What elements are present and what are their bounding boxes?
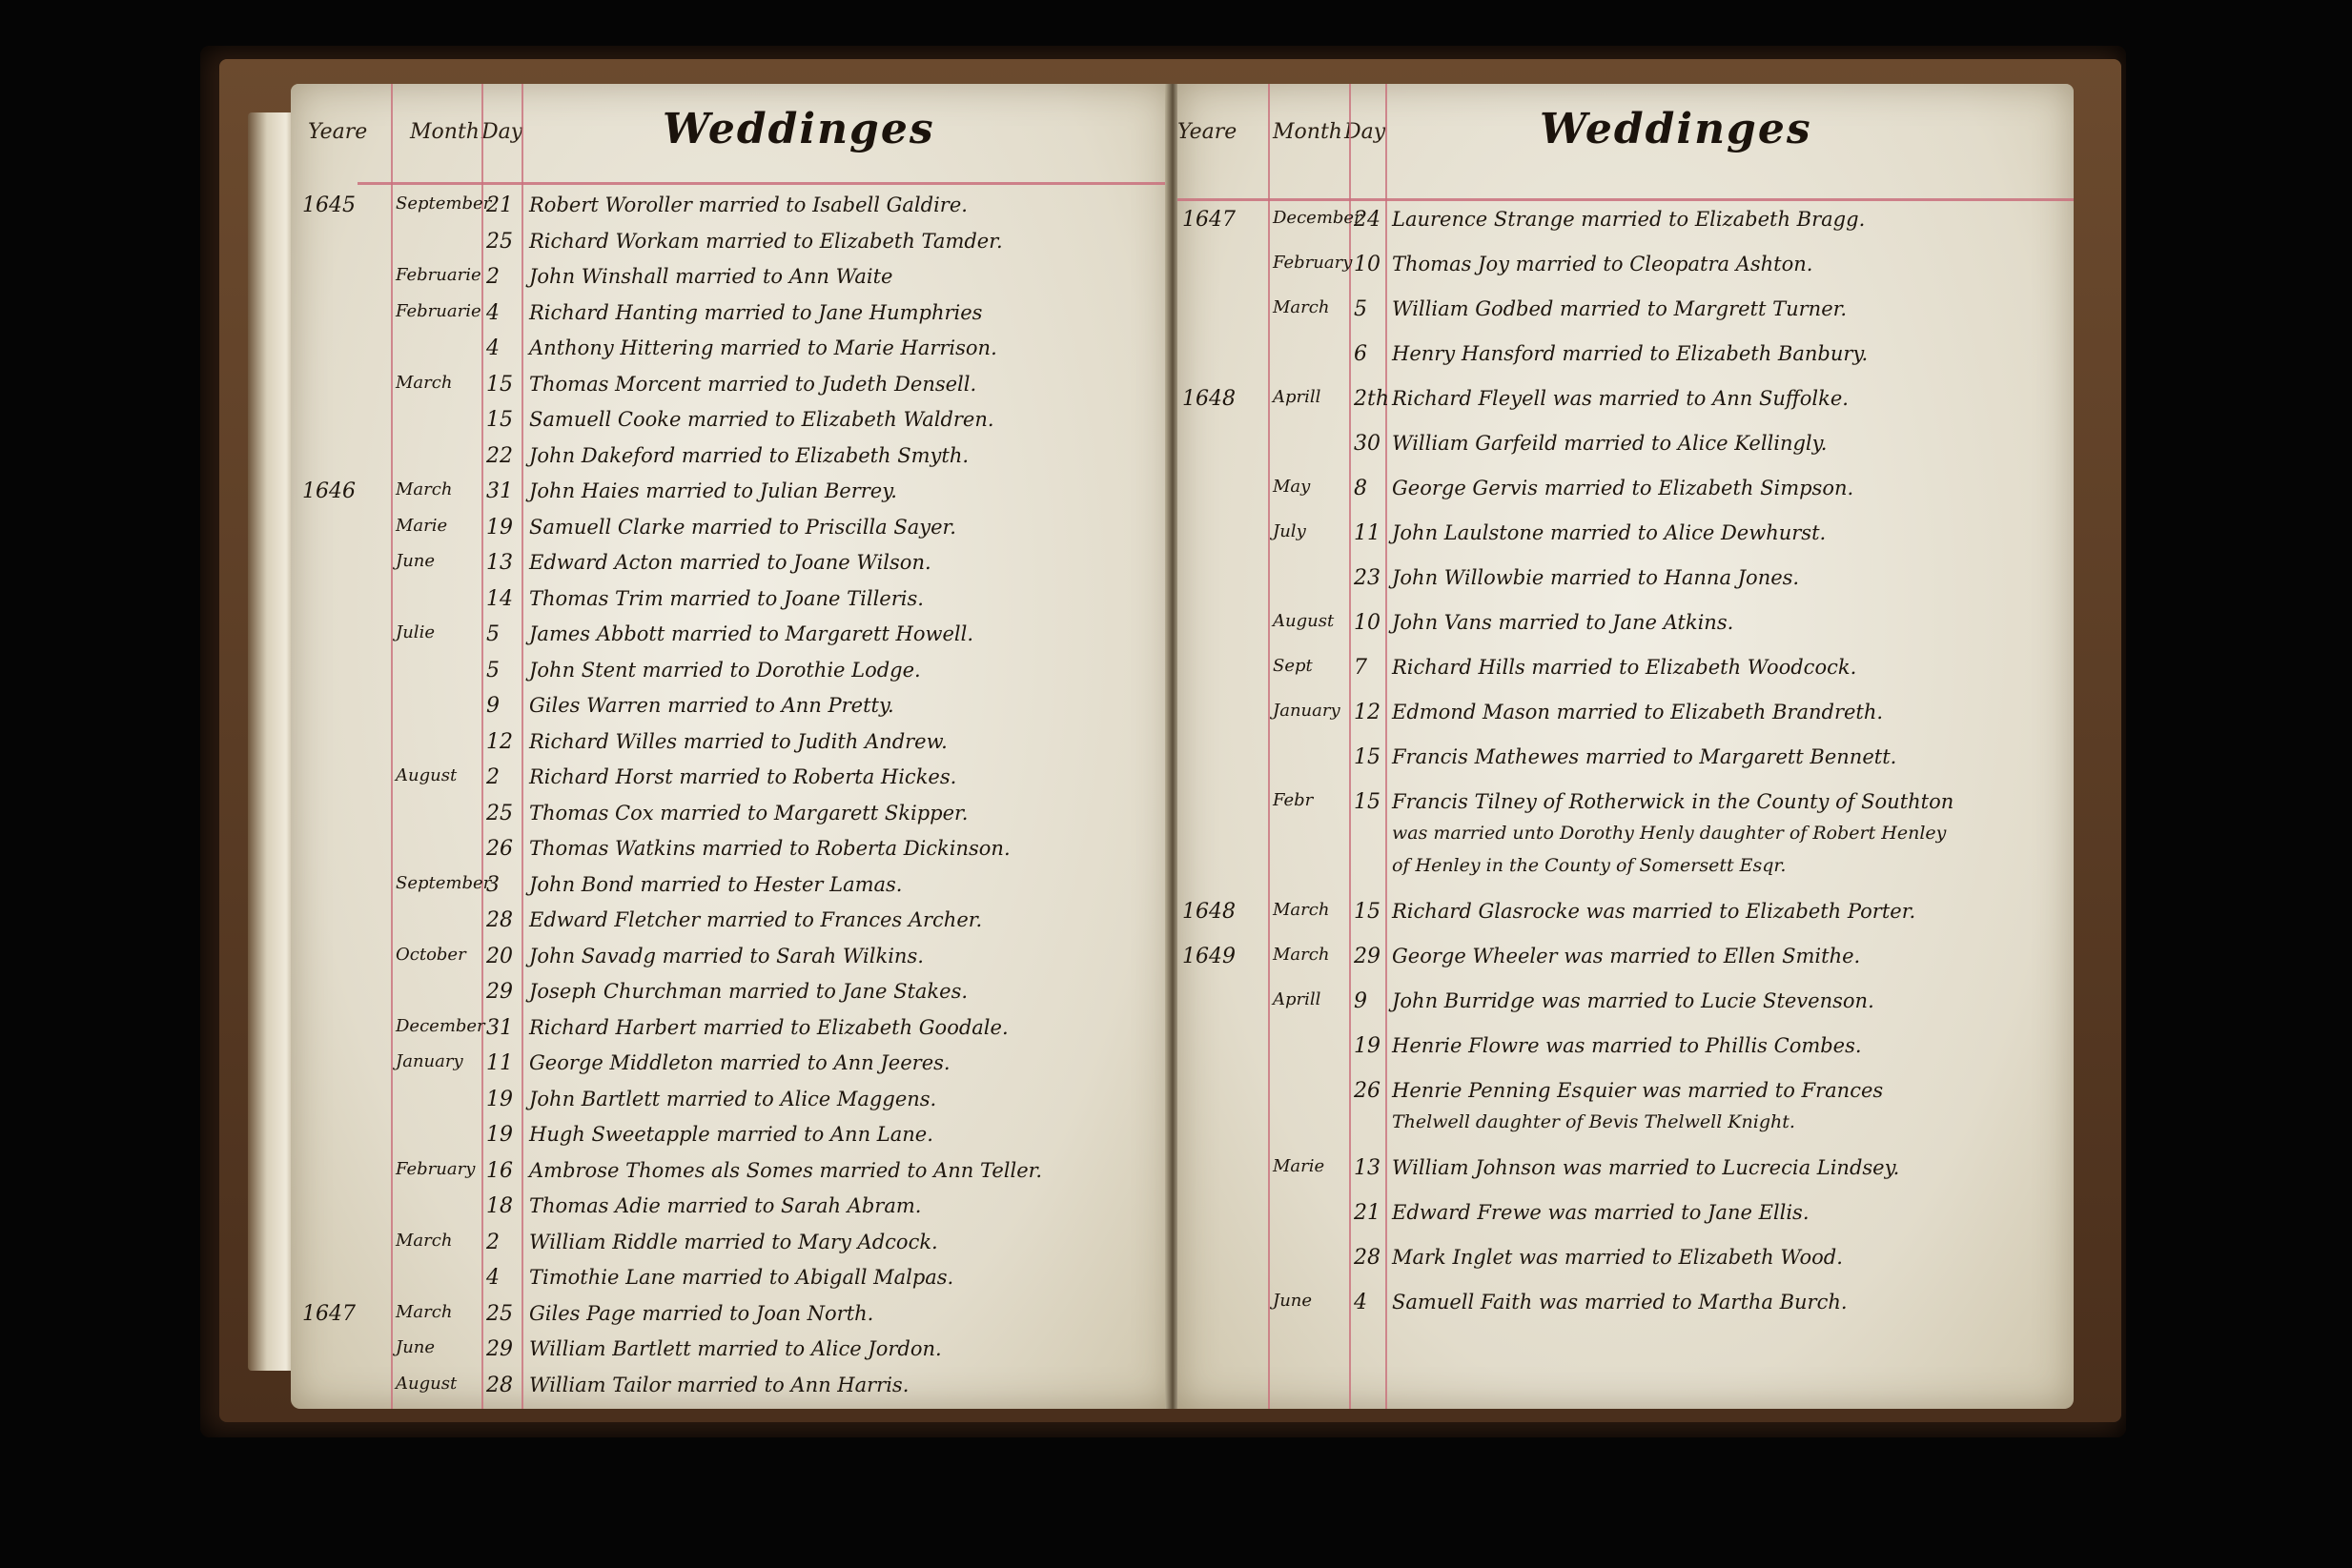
entry-day: 9 (486, 694, 500, 718)
entry-row: 12Richard Willes married to Judith Andre… (291, 730, 1173, 768)
entry-row: December31Richard Harbert married to Eli… (291, 1016, 1173, 1054)
entry-text: Timothie Lane married to Abigall Malpas. (529, 1266, 953, 1289)
entry-row: 4Timothie Lane married to Abigall Malpas… (291, 1266, 1173, 1304)
entry-day: 21 (1354, 1201, 1381, 1225)
entry-row: 25Thomas Cox married to Margarett Skippe… (291, 802, 1173, 840)
entry-text: Thomas Morcent married to Judeth Densell… (529, 373, 976, 396)
entry-text: Thomas Cox married to Margarett Skipper. (529, 802, 968, 825)
entry-month: Julie (396, 622, 435, 642)
header-rule (1177, 198, 2074, 201)
entry-month: June (1273, 1291, 1312, 1311)
entry-month: May (1273, 477, 1310, 497)
entry-month: February (396, 1159, 475, 1179)
entry-row: 22John Dakeford married to Elizabeth Smy… (291, 444, 1173, 482)
page-title: Weddinges (663, 105, 935, 153)
entry-day: 4 (486, 336, 500, 360)
entry-row: July11John Laulstone married to Alice De… (1177, 521, 2074, 560)
entry-row: 6Henry Hansford married to Elizabeth Ban… (1177, 342, 2074, 380)
entry-text: George Middleton married to Ann Jeeres. (529, 1051, 951, 1074)
entry-text: John Bond married to Hester Lamas. (529, 873, 902, 896)
entry-row: September3John Bond married to Hester La… (291, 873, 1173, 911)
entry-text: John Haies married to Julian Berrey. (529, 479, 897, 502)
entry-month: Sept (1273, 656, 1313, 676)
entry-text: William Godbed married to Margrett Turne… (1392, 297, 1847, 320)
entry-row: March5William Godbed married to Margrett… (1177, 297, 2074, 336)
entry-day: 11 (486, 1051, 513, 1075)
entry-day: 25 (486, 230, 513, 254)
entry-row: 4Anthony Hittering married to Marie Harr… (291, 336, 1173, 375)
entry-text: Richard Willes married to Judith Andrew. (529, 730, 948, 753)
entry-day: 4 (486, 1266, 500, 1290)
entry-day: 6 (1354, 342, 1367, 366)
entry-text-continued: Thelwell daughter of Bevis Thelwell Knig… (1392, 1111, 1795, 1132)
entry-row: 26Thomas Watkins married to Roberta Dick… (291, 837, 1173, 875)
entry-year: 1648 (1182, 900, 1236, 924)
entry-row: 19Henrie Flowre was married to Phillis C… (1177, 1034, 2074, 1072)
entry-row: 25Richard Workam married to Elizabeth Ta… (291, 230, 1173, 268)
entry-text: Samuell Cooke married to Elizabeth Waldr… (529, 408, 994, 431)
entry-month: Februarie (396, 265, 481, 285)
entry-text: Richard Glasrocke was married to Elizabe… (1392, 900, 1915, 923)
entry-row: January12Edmond Mason married to Elizabe… (1177, 701, 2074, 739)
entry-text: William Tailor married to Ann Harris. (529, 1374, 909, 1396)
entry-row: 1647December24Laurence Strange married t… (1177, 208, 2074, 246)
entry-text: Edmond Mason married to Elizabeth Brandr… (1392, 701, 1883, 723)
entry-text: John Winshall married to Ann Waite (529, 265, 892, 288)
entry-row: 15Francis Mathewes married to Margarett … (1177, 745, 2074, 784)
entry-text: Thomas Adie married to Sarah Abram. (529, 1194, 921, 1217)
entry-row: 19John Bartlett married to Alice Maggens… (291, 1088, 1173, 1126)
entry-text: James Abbott married to Margarett Howell… (529, 622, 973, 645)
entry-row: August2Richard Horst married to Roberta … (291, 765, 1173, 804)
entry-month: March (396, 373, 452, 393)
entry-text-continued: was married unto Dorothy Henly daughter … (1392, 823, 1946, 844)
entry-day: 5 (486, 622, 500, 646)
entry-text: John Stent married to Dorothie Lodge. (529, 659, 921, 682)
entry-day: 2 (486, 265, 500, 289)
entry-row: 19Hugh Sweetapple married to Ann Lane. (291, 1123, 1173, 1161)
entry-row: March2William Riddle married to Mary Adc… (291, 1231, 1173, 1269)
entry-year: 1648 (1182, 387, 1236, 411)
entry-text: William Johnson was married to Lucrecia … (1392, 1156, 1899, 1179)
entry-text: Henrie Penning Esquier was married to Fr… (1392, 1079, 1883, 1102)
entry-row: Marie13William Johnson was married to Lu… (1177, 1156, 2074, 1194)
entry-month: August (396, 765, 457, 785)
entry-row: August28William Tailor married to Ann Ha… (291, 1374, 1173, 1412)
entry-month: Februarie (396, 301, 481, 321)
entry-day: 31 (486, 479, 513, 503)
entry-text: Richard Workam married to Elizabeth Tamd… (529, 230, 1003, 253)
entry-month: February (1273, 253, 1352, 273)
entry-text: Edward Acton married to Joane Wilson. (529, 551, 931, 574)
entry-day: 8 (1354, 477, 1367, 500)
entry-day: 31 (486, 1016, 513, 1040)
entry-row: 1646March31John Haies married to Julian … (291, 479, 1173, 518)
header-month: Month (410, 120, 480, 144)
entry-month: September (396, 193, 491, 214)
entry-text: William Bartlett married to Alice Jordon… (529, 1337, 942, 1360)
page-edges (248, 112, 296, 1371)
entry-row: 23John Willowbie married to Hanna Jones. (1177, 566, 2074, 604)
entry-year: 1645 (302, 193, 356, 217)
entry-text: Thomas Joy married to Cleopatra Ashton. (1392, 253, 1812, 275)
entry-text: Francis Mathewes married to Margarett Be… (1392, 745, 1896, 768)
entry-row: June29William Bartlett married to Alice … (291, 1337, 1173, 1375)
header-year: Yeare (308, 120, 367, 144)
entry-day: 19 (486, 1088, 513, 1111)
entry-row: August10John Vans married to Jane Atkins… (1177, 611, 2074, 649)
entry-row: Marie19Samuell Clarke married to Priscil… (291, 516, 1173, 554)
entry-row: 26Henrie Penning Esquier was married to … (1177, 1079, 2074, 1117)
entry-text: Laurence Strange married to Elizabeth Br… (1392, 208, 1865, 231)
entry-day: 24 (1354, 208, 1381, 232)
entry-day: 22 (486, 444, 513, 468)
entry-text: William Riddle married to Mary Adcock. (529, 1231, 938, 1253)
entry-month: Aprill (1273, 387, 1320, 407)
entry-text: Richard Harbert married to Elizabeth Goo… (529, 1016, 1009, 1039)
entry-day: 19 (1354, 1034, 1381, 1058)
entry-day: 15 (1354, 900, 1381, 924)
header-month: Month (1273, 120, 1342, 144)
entry-month: August (1273, 611, 1334, 631)
entry-month: March (396, 1231, 452, 1251)
entry-row: 18Thomas Adie married to Sarah Abram. (291, 1194, 1173, 1232)
entry-month: January (1273, 701, 1340, 721)
entry-text: Hugh Sweetapple married to Ann Lane. (529, 1123, 933, 1146)
entry-month: Aprill (1273, 989, 1320, 1009)
entry-row: Februarie2John Winshall married to Ann W… (291, 265, 1173, 303)
entry-text: Giles Warren married to Ann Pretty. (529, 694, 894, 717)
entry-row: 14Thomas Trim married to Joane Tilleris. (291, 587, 1173, 625)
entry-row: 9Giles Warren married to Ann Pretty. (291, 694, 1173, 732)
right-page: Yeare Month Day Weddinges 1647December24… (1177, 84, 2074, 1409)
entry-day: 28 (1354, 1246, 1381, 1270)
entry-text: Robert Woroller married to Isabell Galdi… (529, 193, 968, 216)
entry-text: George Wheeler was married to Ellen Smit… (1392, 945, 1860, 967)
entry-year: 1646 (302, 479, 356, 503)
entry-row: 1648March15Richard Glasrocke was married… (1177, 900, 2074, 938)
entry-day: 15 (1354, 790, 1381, 814)
entry-day: 12 (1354, 701, 1381, 724)
entry-row: Februarie4Richard Hanting married to Jan… (291, 301, 1173, 339)
entry-month: June (396, 1337, 435, 1357)
entry-text: Henry Hansford married to Elizabeth Banb… (1392, 342, 1868, 365)
entry-text: Francis Tilney of Rotherwick in the Coun… (1392, 790, 1953, 813)
entry-month: Febr (1273, 790, 1313, 810)
entry-day: 19 (486, 1123, 513, 1147)
entry-year: 1647 (302, 1302, 356, 1326)
entry-day: 30 (1354, 432, 1381, 456)
entry-text: Samuell Clarke married to Priscilla Saye… (529, 516, 956, 539)
entry-row: February10Thomas Joy married to Cleopatr… (1177, 253, 2074, 291)
entry-day: 4 (1354, 1291, 1367, 1314)
entry-day: 2 (486, 1231, 500, 1254)
entry-day: 20 (486, 945, 513, 968)
entry-row: 29Joseph Churchman married to Jane Stake… (291, 980, 1173, 1018)
entry-row: June13Edward Acton married to Joane Wils… (291, 551, 1173, 589)
entry-day: 2 (486, 765, 500, 789)
entry-month: December (396, 1016, 485, 1036)
entry-day: 15 (486, 373, 513, 397)
entry-month: June (396, 551, 435, 571)
entry-row: 1647March25Giles Page married to Joan No… (291, 1302, 1173, 1340)
entry-row: January11George Middleton married to Ann… (291, 1051, 1173, 1089)
entry-month: July (1273, 521, 1306, 541)
entry-text: John Willowbie married to Hanna Jones. (1392, 566, 1799, 589)
entry-row: 30William Garfeild married to Alice Kell… (1177, 432, 2074, 470)
entry-row: 28Edward Fletcher married to Frances Arc… (291, 908, 1173, 947)
entry-day: 2th (1354, 387, 1389, 411)
entry-row: Sept7Richard Hills married to Elizabeth … (1177, 656, 2074, 694)
entry-row: 21Edward Frewe was married to Jane Ellis… (1177, 1201, 2074, 1239)
entry-text: Mark Inglet was married to Elizabeth Woo… (1392, 1246, 1843, 1269)
entry-row: March15Thomas Morcent married to Judeth … (291, 373, 1173, 411)
entry-text: John Bartlett married to Alice Maggens. (529, 1088, 936, 1110)
left-page: Yeare Month Day Weddinges 1645September2… (291, 84, 1173, 1409)
entry-text: Samuell Faith was married to Martha Burc… (1392, 1291, 1848, 1313)
header-day: Day (481, 120, 522, 144)
entry-text: Anthony Hittering married to Marie Harri… (529, 336, 997, 359)
entry-day: 29 (1354, 945, 1381, 968)
entry-text: Thomas Trim married to Joane Tilleris. (529, 587, 924, 610)
entry-text: Thomas Watkins married to Roberta Dickin… (529, 837, 1011, 860)
entry-row: Aprill9John Burridge was married to Luci… (1177, 989, 2074, 1028)
entry-text: Richard Hanting married to Jane Humphrie… (529, 301, 982, 324)
entry-year: 1649 (1182, 945, 1236, 968)
entry-day: 26 (1354, 1079, 1381, 1103)
entry-row: May8George Gervis married to Elizabeth S… (1177, 477, 2074, 515)
entry-text: Richard Horst married to Roberta Hickes. (529, 765, 956, 788)
entry-day: 28 (486, 1374, 513, 1397)
entry-row: 28Mark Inglet was married to Elizabeth W… (1177, 1246, 2074, 1284)
entry-text: Henrie Flowre was married to Phillis Com… (1392, 1034, 1862, 1057)
entry-month: January (396, 1051, 463, 1071)
entry-day: 7 (1354, 656, 1367, 680)
entry-day: 14 (486, 587, 513, 611)
entry-row: 1649March29George Wheeler was married to… (1177, 945, 2074, 983)
entry-day: 5 (486, 659, 500, 682)
entry-year: 1647 (1182, 208, 1236, 232)
header-year: Yeare (1177, 120, 1237, 144)
entry-day: 29 (486, 980, 513, 1004)
entry-text: William Garfeild married to Alice Kellin… (1392, 432, 1827, 455)
entry-row: 15Samuell Cooke married to Elizabeth Wal… (291, 408, 1173, 446)
entry-text: George Gervis married to Elizabeth Simps… (1392, 477, 1853, 499)
entry-day: 10 (1354, 253, 1381, 276)
entry-day: 16 (486, 1159, 513, 1183)
entry-row: June4Samuell Faith was married to Martha… (1177, 1291, 2074, 1329)
entry-text: Ambrose Thomes als Somes married to Ann … (529, 1159, 1042, 1182)
entry-day: 28 (486, 908, 513, 932)
entry-text-continued: of Henley in the County of Somersett Esq… (1392, 855, 1786, 876)
entry-row: 1645September21Robert Woroller married t… (291, 193, 1173, 232)
entry-month: March (1273, 945, 1329, 965)
entry-day: 18 (486, 1194, 513, 1218)
entry-text: John Laulstone married to Alice Dewhurst… (1392, 521, 1826, 544)
page-title: Weddinges (1540, 105, 1812, 153)
entry-row: Julie5James Abbott married to Margarett … (291, 622, 1173, 661)
entry-month: December (1273, 208, 1362, 228)
entry-text: John Burridge was married to Lucie Steve… (1392, 989, 1874, 1012)
entry-text: Giles Page married to Joan North. (529, 1302, 873, 1325)
header-rule (358, 182, 1173, 185)
entry-text: John Dakeford married to Elizabeth Smyth… (529, 444, 969, 467)
entry-day: 29 (486, 1337, 513, 1361)
entry-row: 5John Stent married to Dorothie Lodge. (291, 659, 1173, 697)
entry-text: Edward Fletcher married to Frances Arche… (529, 908, 982, 931)
entry-day: 3 (486, 873, 500, 897)
entry-day: 21 (486, 193, 513, 217)
entry-text: John Vans married to Jane Atkins. (1392, 611, 1733, 634)
entry-row: October20John Savadg married to Sarah Wi… (291, 945, 1173, 983)
entry-day: 11 (1354, 521, 1381, 545)
entry-day: 26 (486, 837, 513, 861)
entry-day: 13 (1354, 1156, 1381, 1180)
entry-row: February16Ambrose Thomes als Somes marri… (291, 1159, 1173, 1197)
entry-day: 25 (486, 1302, 513, 1326)
entry-month: September (396, 873, 491, 893)
entry-row: 1648Aprill2thRichard Fleyell was married… (1177, 387, 2074, 425)
entry-text: Richard Hills married to Elizabeth Woodc… (1392, 656, 1856, 679)
entry-text: Edward Frewe was married to Jane Ellis. (1392, 1201, 1810, 1224)
entry-day: 15 (1354, 745, 1381, 769)
entry-row: Febr15Francis Tilney of Rotherwick in th… (1177, 790, 2074, 828)
entry-day: 9 (1354, 989, 1367, 1013)
entry-month: March (1273, 900, 1329, 920)
entry-month: Marie (396, 516, 447, 536)
entry-text: Richard Fleyell was married to Ann Suffo… (1392, 387, 1849, 410)
entry-day: 23 (1354, 566, 1381, 590)
entry-day: 19 (486, 516, 513, 540)
entry-day: 25 (486, 802, 513, 825)
entry-month: August (396, 1374, 457, 1394)
entry-day: 12 (486, 730, 513, 754)
entry-month: October (396, 945, 466, 965)
entry-day: 4 (486, 301, 500, 325)
entry-text: John Savadg married to Sarah Wilkins. (529, 945, 924, 967)
entry-month: Marie (1273, 1156, 1324, 1176)
entry-day: 5 (1354, 297, 1367, 321)
entry-text: Joseph Churchman married to Jane Stakes. (529, 980, 968, 1003)
entry-day: 15 (486, 408, 513, 432)
entry-day: 10 (1354, 611, 1381, 635)
entry-month: March (396, 1302, 452, 1322)
entry-month: March (1273, 297, 1329, 317)
entry-day: 13 (486, 551, 513, 575)
entry-month: March (396, 479, 452, 499)
